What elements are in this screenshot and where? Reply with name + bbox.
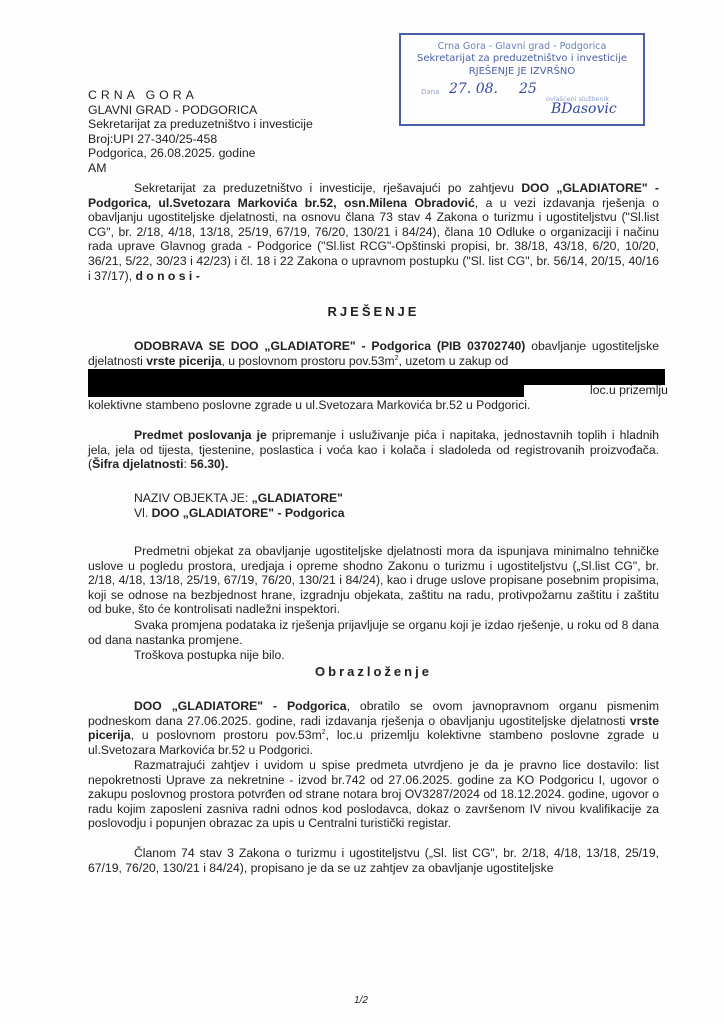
intro-text: Sekretarijat za preduzetništvo i investi…	[134, 181, 521, 195]
costs-paragraph: Troškova postupka nije bilo.	[88, 648, 659, 663]
header-country: CRNA GORA	[88, 88, 313, 103]
owner-value: DOO „GLADIATORE" - Podgorica	[152, 506, 345, 520]
stamp-signature: BDasovic	[551, 101, 617, 117]
facility-name-value: „GLADIATORE"	[252, 491, 343, 505]
reasoning-paragraph-3: Članom 74 stav 3 Zakona o turizmu i ugos…	[88, 846, 659, 875]
intro-paragraph: Sekretarijat za preduzetništvo i investi…	[88, 181, 659, 283]
header-city: GLAVNI GRAD - PODGORICA	[88, 103, 313, 118]
stamp-status: RJEŠENJE JE IZVRŠNO	[401, 66, 643, 77]
facility-name-block: NAZIV OBJEKTA JE: „GLADIATORE" Vl. DOO „…	[88, 491, 705, 520]
document-page: Crna Gora - Glavni grad - Podgorica Sekr…	[0, 0, 724, 1024]
requirements-paragraph: Predmetni objekat za obavljanje ugostite…	[88, 544, 659, 617]
business-type: vrste picerija	[146, 354, 221, 368]
intro-decides: d o n o s i -	[135, 269, 199, 283]
reasoning-paragraph-2: Razmatrajući zahtjev i uvidom u spise pr…	[88, 758, 659, 831]
decision-lease: , uzetom u zakup od	[399, 354, 509, 368]
header-date: Podgorica, 26.08.2025. godine	[88, 146, 313, 161]
reasoning-applicant: DOO „GLADIATORE" - Podgorica	[134, 699, 347, 713]
activity-code-main: 56	[190, 457, 204, 471]
facility-name-label: NAZIV OBJEKTA JE:	[134, 491, 252, 505]
decision-title: RJEŠENJE	[88, 304, 659, 319]
redaction-bar-1	[88, 369, 665, 385]
business-subject-paragraph: Predmet poslovanja je pripremanje i uslu…	[88, 428, 659, 472]
decision-location-tail: loc.u prizemlju	[590, 383, 668, 397]
activity-code-label: Šifra djelatnosti	[92, 457, 183, 471]
activity-code-sub: .30).	[204, 457, 228, 471]
reasoning-area: , u poslovnom prostoru pov.53m	[131, 728, 322, 742]
reasoning-paragraph-1: DOO „GLADIATORE" - Podgorica, obratilo s…	[88, 699, 659, 757]
stamp-date-value: 27. 08.	[449, 81, 498, 97]
page-number: 1/2	[354, 995, 368, 1006]
reasoning-title: Obrazloženje	[88, 664, 659, 679]
business-subject-label: Predmet poslovanja je	[134, 428, 267, 442]
decision-address: kolektivne stambeno poslovne zgrade u ul…	[88, 398, 659, 413]
owner-label: Vl.	[134, 506, 152, 520]
decision-area: , u poslovnom prostoru pov.53m	[221, 354, 394, 368]
decision-paragraph-1: ODOBRAVA SE DOO „GLADIATORE" - Podgorica…	[88, 339, 659, 368]
header-department: Sekretarijat za preduzetništvo i investi…	[88, 117, 313, 132]
official-stamp: Crna Gora - Glavni grad - Podgorica Sekr…	[399, 33, 645, 126]
header-case-number: Broj:UPI 27-340/25-458	[88, 132, 313, 147]
stamp-year-value: 25	[519, 81, 537, 97]
redaction-bar-2	[88, 385, 524, 397]
approval-statement: ODOBRAVA SE DOO „GLADIATORE" - Podgorica…	[134, 339, 525, 353]
changes-paragraph: Svaka promjena podataka iz rješenja prij…	[88, 618, 659, 647]
document-header: CRNA GORA GLAVNI GRAD - PODGORICA Sekret…	[88, 88, 313, 176]
stamp-department: Sekretarijat za preduzetništvo i investi…	[401, 53, 643, 64]
header-initials: AM	[88, 161, 313, 176]
stamp-authority: Crna Gora - Glavni grad - Podgorica	[401, 41, 643, 52]
stamp-date-label: Dana	[421, 88, 439, 96]
